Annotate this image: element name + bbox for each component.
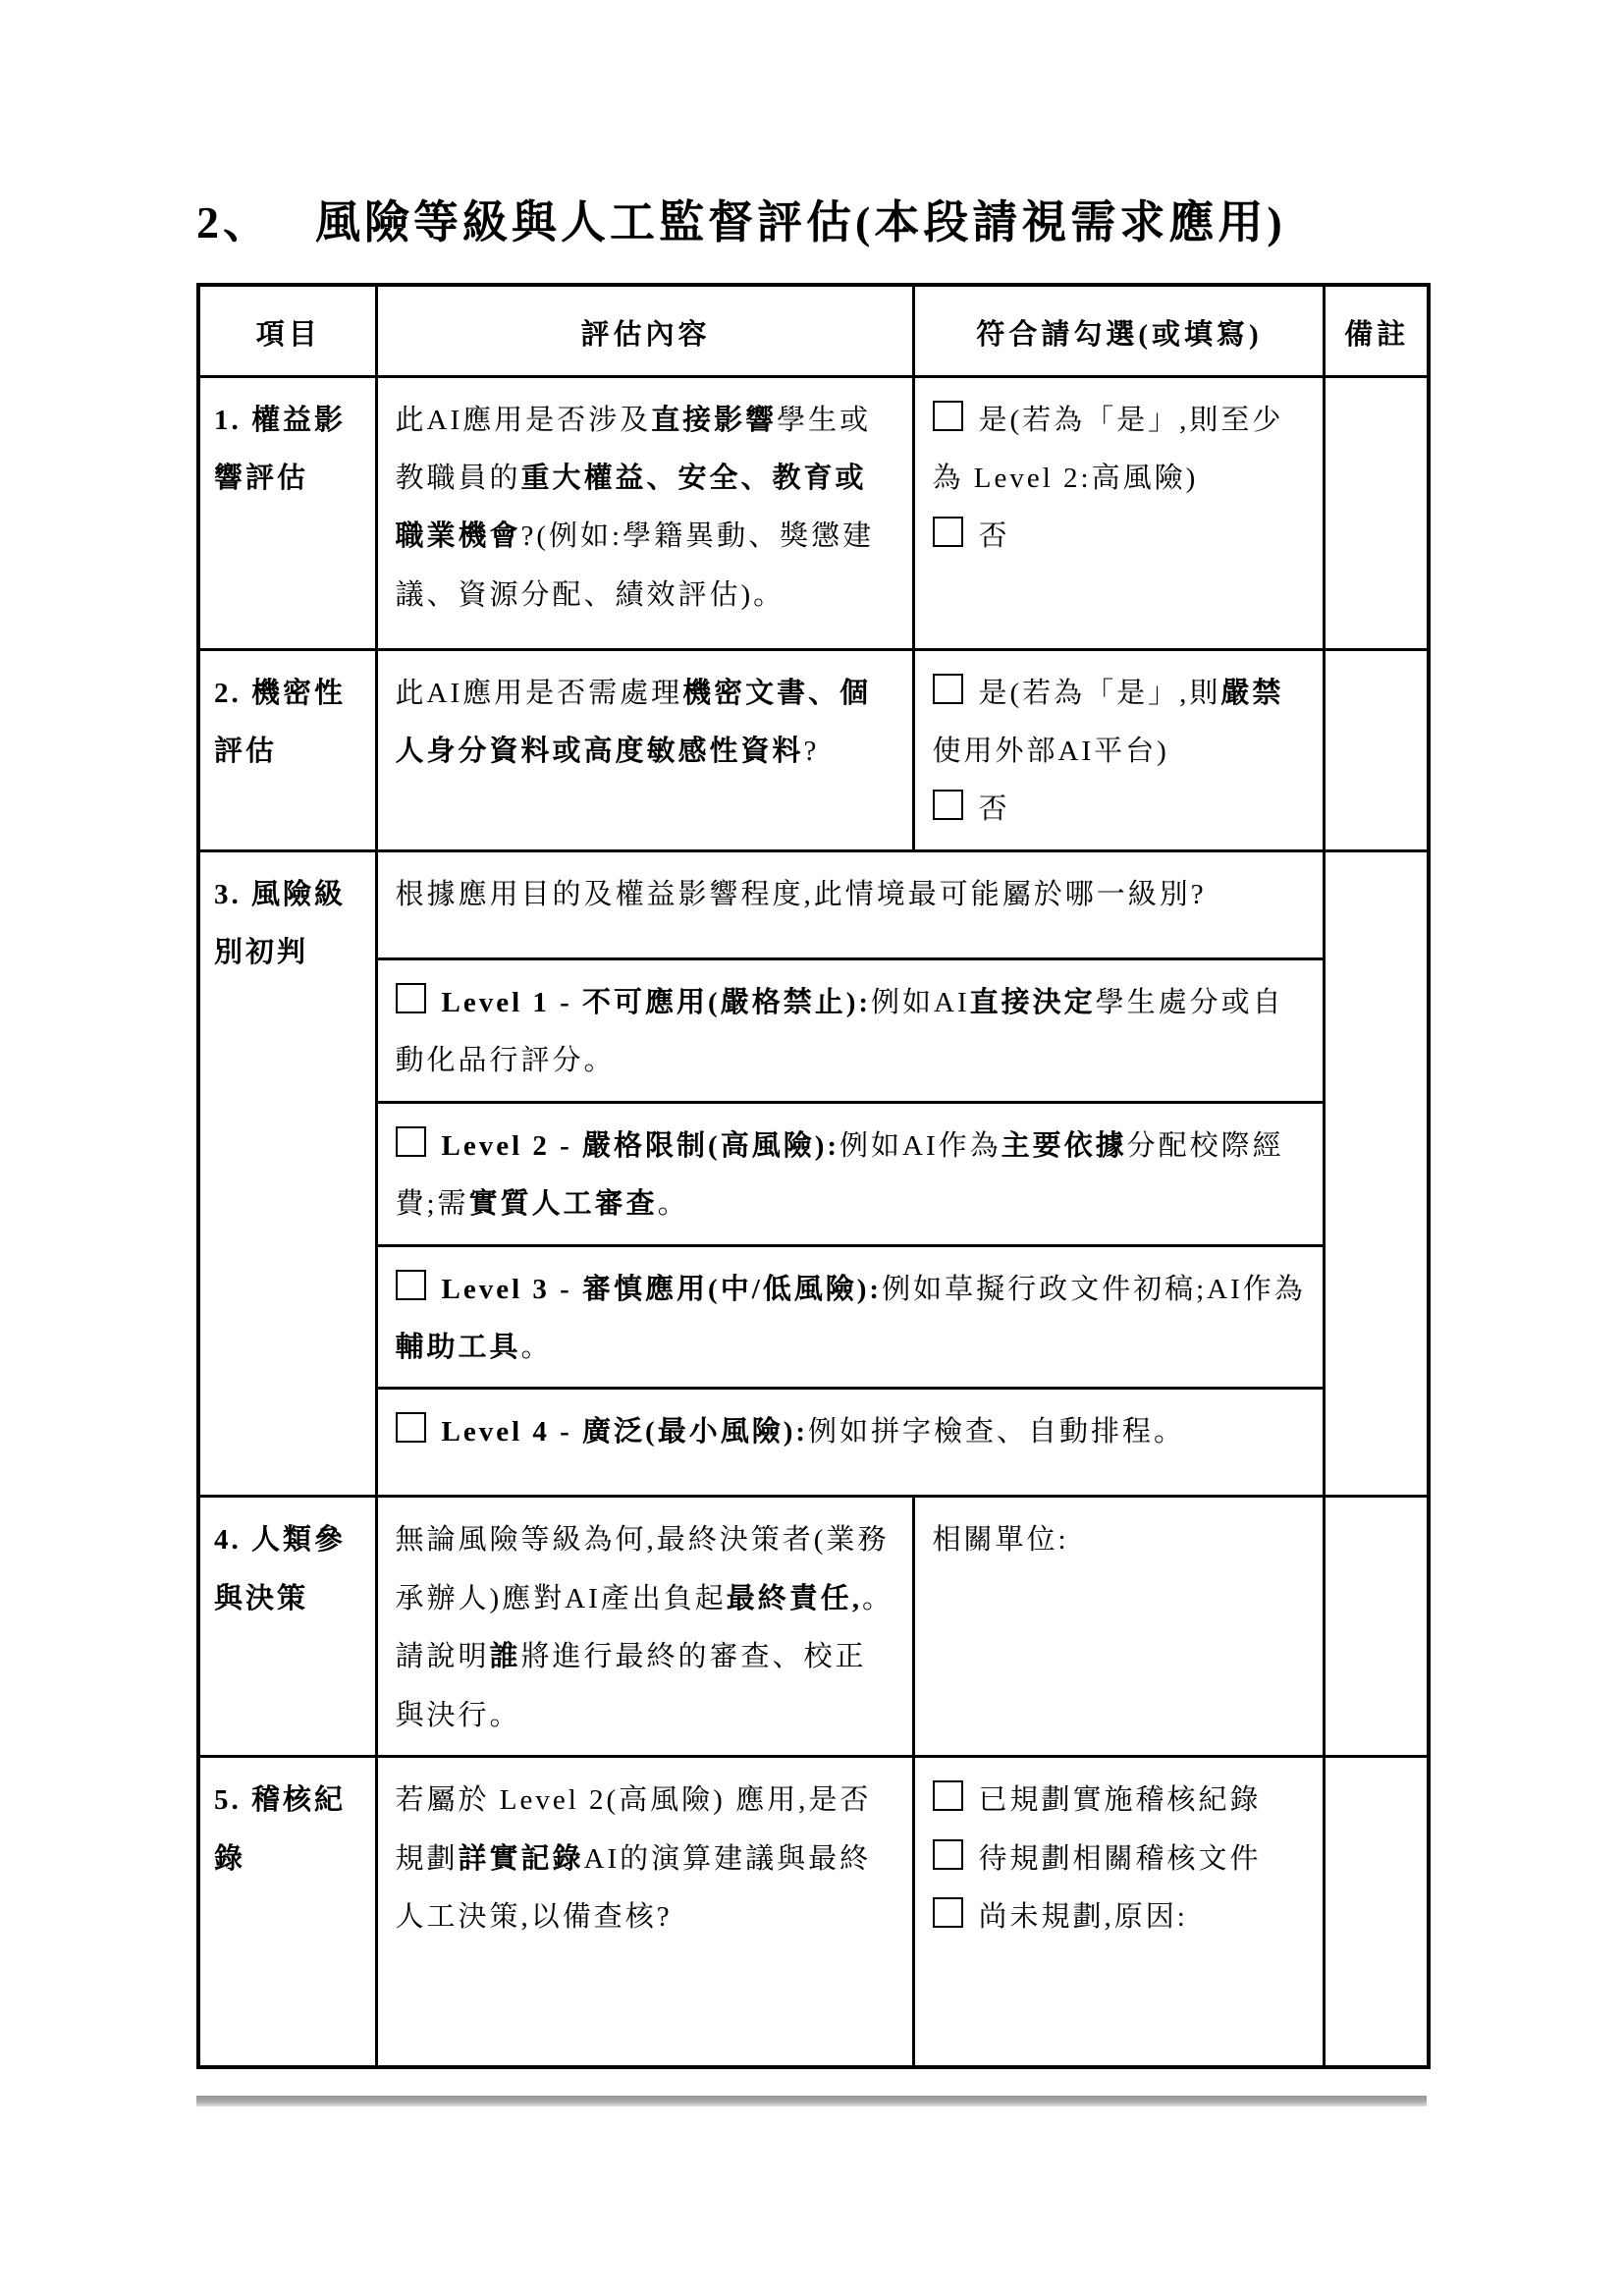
checkbox[interactable]	[396, 1126, 426, 1157]
text-run: 例如拼字檢查、自動排程。	[808, 1416, 1185, 1448]
section-number: 2、	[196, 187, 272, 251]
col-header-content: 評估內容	[376, 285, 913, 376]
checkbox[interactable]	[933, 674, 963, 704]
text-run: 例如AI	[871, 987, 970, 1018]
item-cell-rights-impact: 1. 權益影 響評估	[198, 376, 376, 649]
note-cell-audit-record	[1324, 1757, 1429, 2067]
option-line: 已規劃實施稽核紀錄	[933, 1772, 1307, 1830]
text-run: 是(若為「是」,則至少為 Level 2:高風險)	[933, 405, 1284, 494]
text-run: 此AI應用是否涉及	[396, 405, 652, 436]
bold-text-run: Level 4 - 廣泛(最小風險):	[442, 1416, 809, 1448]
content-cell-rights-impact: 此AI應用是否涉及直接影響學生或教職員的重大權益、安全、教育或職業機會?(例如:…	[376, 376, 913, 649]
checkbox[interactable]	[933, 790, 963, 820]
option-line: 否	[933, 508, 1307, 566]
table-row-2: 2. 機密性 評估 此AI應用是否需處理機密文書、個人身分資料或高度敏感性資料?…	[198, 649, 1429, 850]
option-line: 尚未規劃,原因:	[933, 1888, 1307, 1946]
check-cell-confidentiality: 是(若為「是」,則嚴禁使用外部AI平台)否	[913, 649, 1324, 850]
checkbox[interactable]	[933, 517, 963, 547]
text-run: 否	[979, 520, 1010, 552]
level1-option-cell: Level 1 - 不可應用(嚴格禁止):例如AI直接決定學生處分或自動化品行評…	[376, 958, 1324, 1102]
bold-text-run: 直接影響	[651, 405, 777, 436]
note-cell-rights-impact	[1324, 376, 1429, 649]
note-cell-human-in-loop	[1324, 1497, 1429, 1757]
note-cell-confidentiality	[1324, 649, 1429, 850]
text-run: ?	[804, 736, 820, 767]
bold-text-run: 輔助工具	[396, 1332, 521, 1363]
option-line: 是(若為「是」,則嚴禁使用外部AI平台)	[933, 665, 1307, 782]
table-row-3-level4: Level 4 - 廣泛(最小風險):例如拼字檢查、自動排程。	[198, 1389, 1429, 1497]
header-row: 項目 評估內容 符合請勾選(或填寫) 備註	[198, 285, 1429, 376]
document-content: 2、 風險等級與人工監督評估(本段請視需求應用) 項目 評估內容 符合請勾選(或…	[196, 187, 1430, 2106]
item-cell-confidentiality: 2. 機密性 評估	[198, 649, 376, 850]
option-line: 待規劃相關稽核文件	[933, 1831, 1307, 1888]
text-run: 待規劃相關稽核文件	[979, 1843, 1262, 1875]
bold-text-run: Level 1 - 不可應用(嚴格禁止):	[442, 987, 872, 1018]
checkbox[interactable]	[396, 1412, 426, 1443]
text-run: 是(若為「是」,則	[979, 678, 1221, 709]
section-title-text: 風險等級與人工監督評估(本段請視需求應用)	[315, 187, 1286, 251]
option-line: Level 3 - 審慎應用(中/低風險):例如草擬行政文件初稿;AI作為輔助工…	[396, 1261, 1307, 1378]
checkbox[interactable]	[933, 401, 963, 431]
content-cell-confidentiality: 此AI應用是否需處理機密文書、個人身分資料或高度敏感性資料?	[376, 649, 913, 850]
text-run: 已規劃實施稽核紀錄	[979, 1784, 1262, 1816]
content-cell-human-in-loop: 無論風險等級為何,最終決策者(業務承辦人)應對AI產出負起最終責任,。請說明誰將…	[376, 1497, 913, 1757]
col-header-item: 項目	[198, 285, 376, 376]
text-run: 。	[658, 1188, 689, 1220]
checkbox[interactable]	[933, 1897, 963, 1928]
table-row-3-level3: Level 3 - 審慎應用(中/低風險):例如草擬行政文件初稿;AI作為輔助工…	[198, 1245, 1429, 1389]
text-run: 此AI應用是否需處理	[396, 678, 683, 709]
bold-text-run: Level 2 - 嚴格限制(高風險):	[442, 1130, 840, 1162]
item-cell-audit-record: 5. 稽核紀 錄	[198, 1757, 376, 2067]
level2-option-cell: Level 2 - 嚴格限制(高風險):例如AI作為主要依據分配校際經費;需實質…	[376, 1102, 1324, 1245]
bold-text-run: Level 3 - 審慎應用(中/低風險):	[442, 1274, 883, 1305]
option-line: Level 4 - 廣泛(最小風險):例如拼字檢查、自動排程。	[396, 1403, 1307, 1461]
col-header-check: 符合請勾選(或填寫)	[913, 285, 1324, 376]
check-cell-audit-record: 已規劃實施稽核紀錄待規劃相關稽核文件尚未規劃,原因:	[913, 1757, 1324, 2067]
check-cell-rights-impact: 是(若為「是」,則至少為 Level 2:高風險)否	[913, 376, 1324, 649]
checkbox[interactable]	[396, 983, 426, 1013]
text-run: 尚未規劃,原因:	[979, 1901, 1188, 1933]
option-line: 否	[933, 781, 1307, 839]
bold-text-run: 實質人工審查	[469, 1188, 658, 1220]
bold-text-run: 主要依據	[1001, 1130, 1127, 1162]
bottom-divider-rule	[196, 2096, 1427, 2106]
level4-option-cell: Level 4 - 廣泛(最小風險):例如拼字檢查、自動排程。	[376, 1389, 1324, 1497]
text-run: 。	[521, 1332, 553, 1363]
text-run: 使用外部AI平台)	[933, 736, 1169, 767]
text-run: 例如草擬行政文件初稿;AI作為	[882, 1274, 1306, 1305]
table-row-1: 1. 權益影 響評估 此AI應用是否涉及直接影響學生或教職員的重大權益、安全、教…	[198, 376, 1429, 649]
checkbox[interactable]	[396, 1270, 426, 1300]
assessment-table: 項目 評估內容 符合請勾選(或填寫) 備註 1. 權益影 響評估 此AI應用是否…	[196, 283, 1431, 2069]
option-line: Level 2 - 嚴格限制(高風險):例如AI作為主要依據分配校際經費;需實質…	[396, 1118, 1307, 1234]
option-line: Level 1 - 不可應用(嚴格禁止):例如AI直接決定學生處分或自動化品行評…	[396, 974, 1307, 1091]
risk-level-question-cell: 根據應用目的及權益影響程度,此情境最可能屬於哪一級別?	[376, 850, 1324, 958]
related-unit-cell: 相關單位:	[913, 1497, 1324, 1757]
table-row-4: 4. 人類參 與決策 無論風險等級為何,最終決策者(業務承辦人)應對AI產出負起…	[198, 1497, 1429, 1757]
col-header-note: 備註	[1324, 285, 1429, 376]
table-row-5: 5. 稽核紀 錄 若屬於 Level 2(高風險) 應用,是否規劃詳實記錄AI的…	[198, 1757, 1429, 2067]
item-cell-human-in-loop: 4. 人類參 與決策	[198, 1497, 376, 1757]
bold-text-run: 嚴禁	[1220, 678, 1283, 709]
checkbox[interactable]	[933, 1839, 963, 1870]
text-run: 根據應用目的及權益影響程度,此情境最可能屬於哪一級別?	[396, 879, 1207, 910]
table-row-3-intro: 3. 風險級 別初判 根據應用目的及權益影響程度,此情境最可能屬於哪一級別?	[198, 850, 1429, 958]
section-title: 2、 風險等級與人工監督評估(本段請視需求應用)	[196, 187, 1430, 251]
text-run: 否	[979, 793, 1010, 825]
bold-text-run: 直接決定	[970, 987, 1096, 1018]
checkbox[interactable]	[933, 1780, 963, 1811]
bold-text-run: 誰	[490, 1641, 521, 1672]
bold-text-run: 最終責任,	[727, 1583, 862, 1614]
table-row-3-level1: Level 1 - 不可應用(嚴格禁止):例如AI直接決定學生處分或自動化品行評…	[198, 958, 1429, 1102]
note-cell-risk-level	[1324, 850, 1429, 1497]
text-run: 例如AI作為	[839, 1130, 1001, 1162]
bold-text-run: 詳實記錄	[459, 1843, 584, 1875]
content-cell-audit-record: 若屬於 Level 2(高風險) 應用,是否規劃詳實記錄AI的演算建議與最終人工…	[376, 1757, 913, 2067]
table-row-3-level2: Level 2 - 嚴格限制(高風險):例如AI作為主要依據分配校際經費;需實質…	[198, 1102, 1429, 1245]
document-page: 2、 風險等級與人工監督評估(本段請視需求應用) 項目 評估內容 符合請勾選(或…	[0, 0, 1624, 2296]
item-cell-risk-level: 3. 風險級 別初判	[198, 850, 376, 1497]
level3-option-cell: Level 3 - 審慎應用(中/低風險):例如草擬行政文件初稿;AI作為輔助工…	[376, 1245, 1324, 1389]
option-line: 是(若為「是」,則至少為 Level 2:高風險)	[933, 392, 1307, 509]
